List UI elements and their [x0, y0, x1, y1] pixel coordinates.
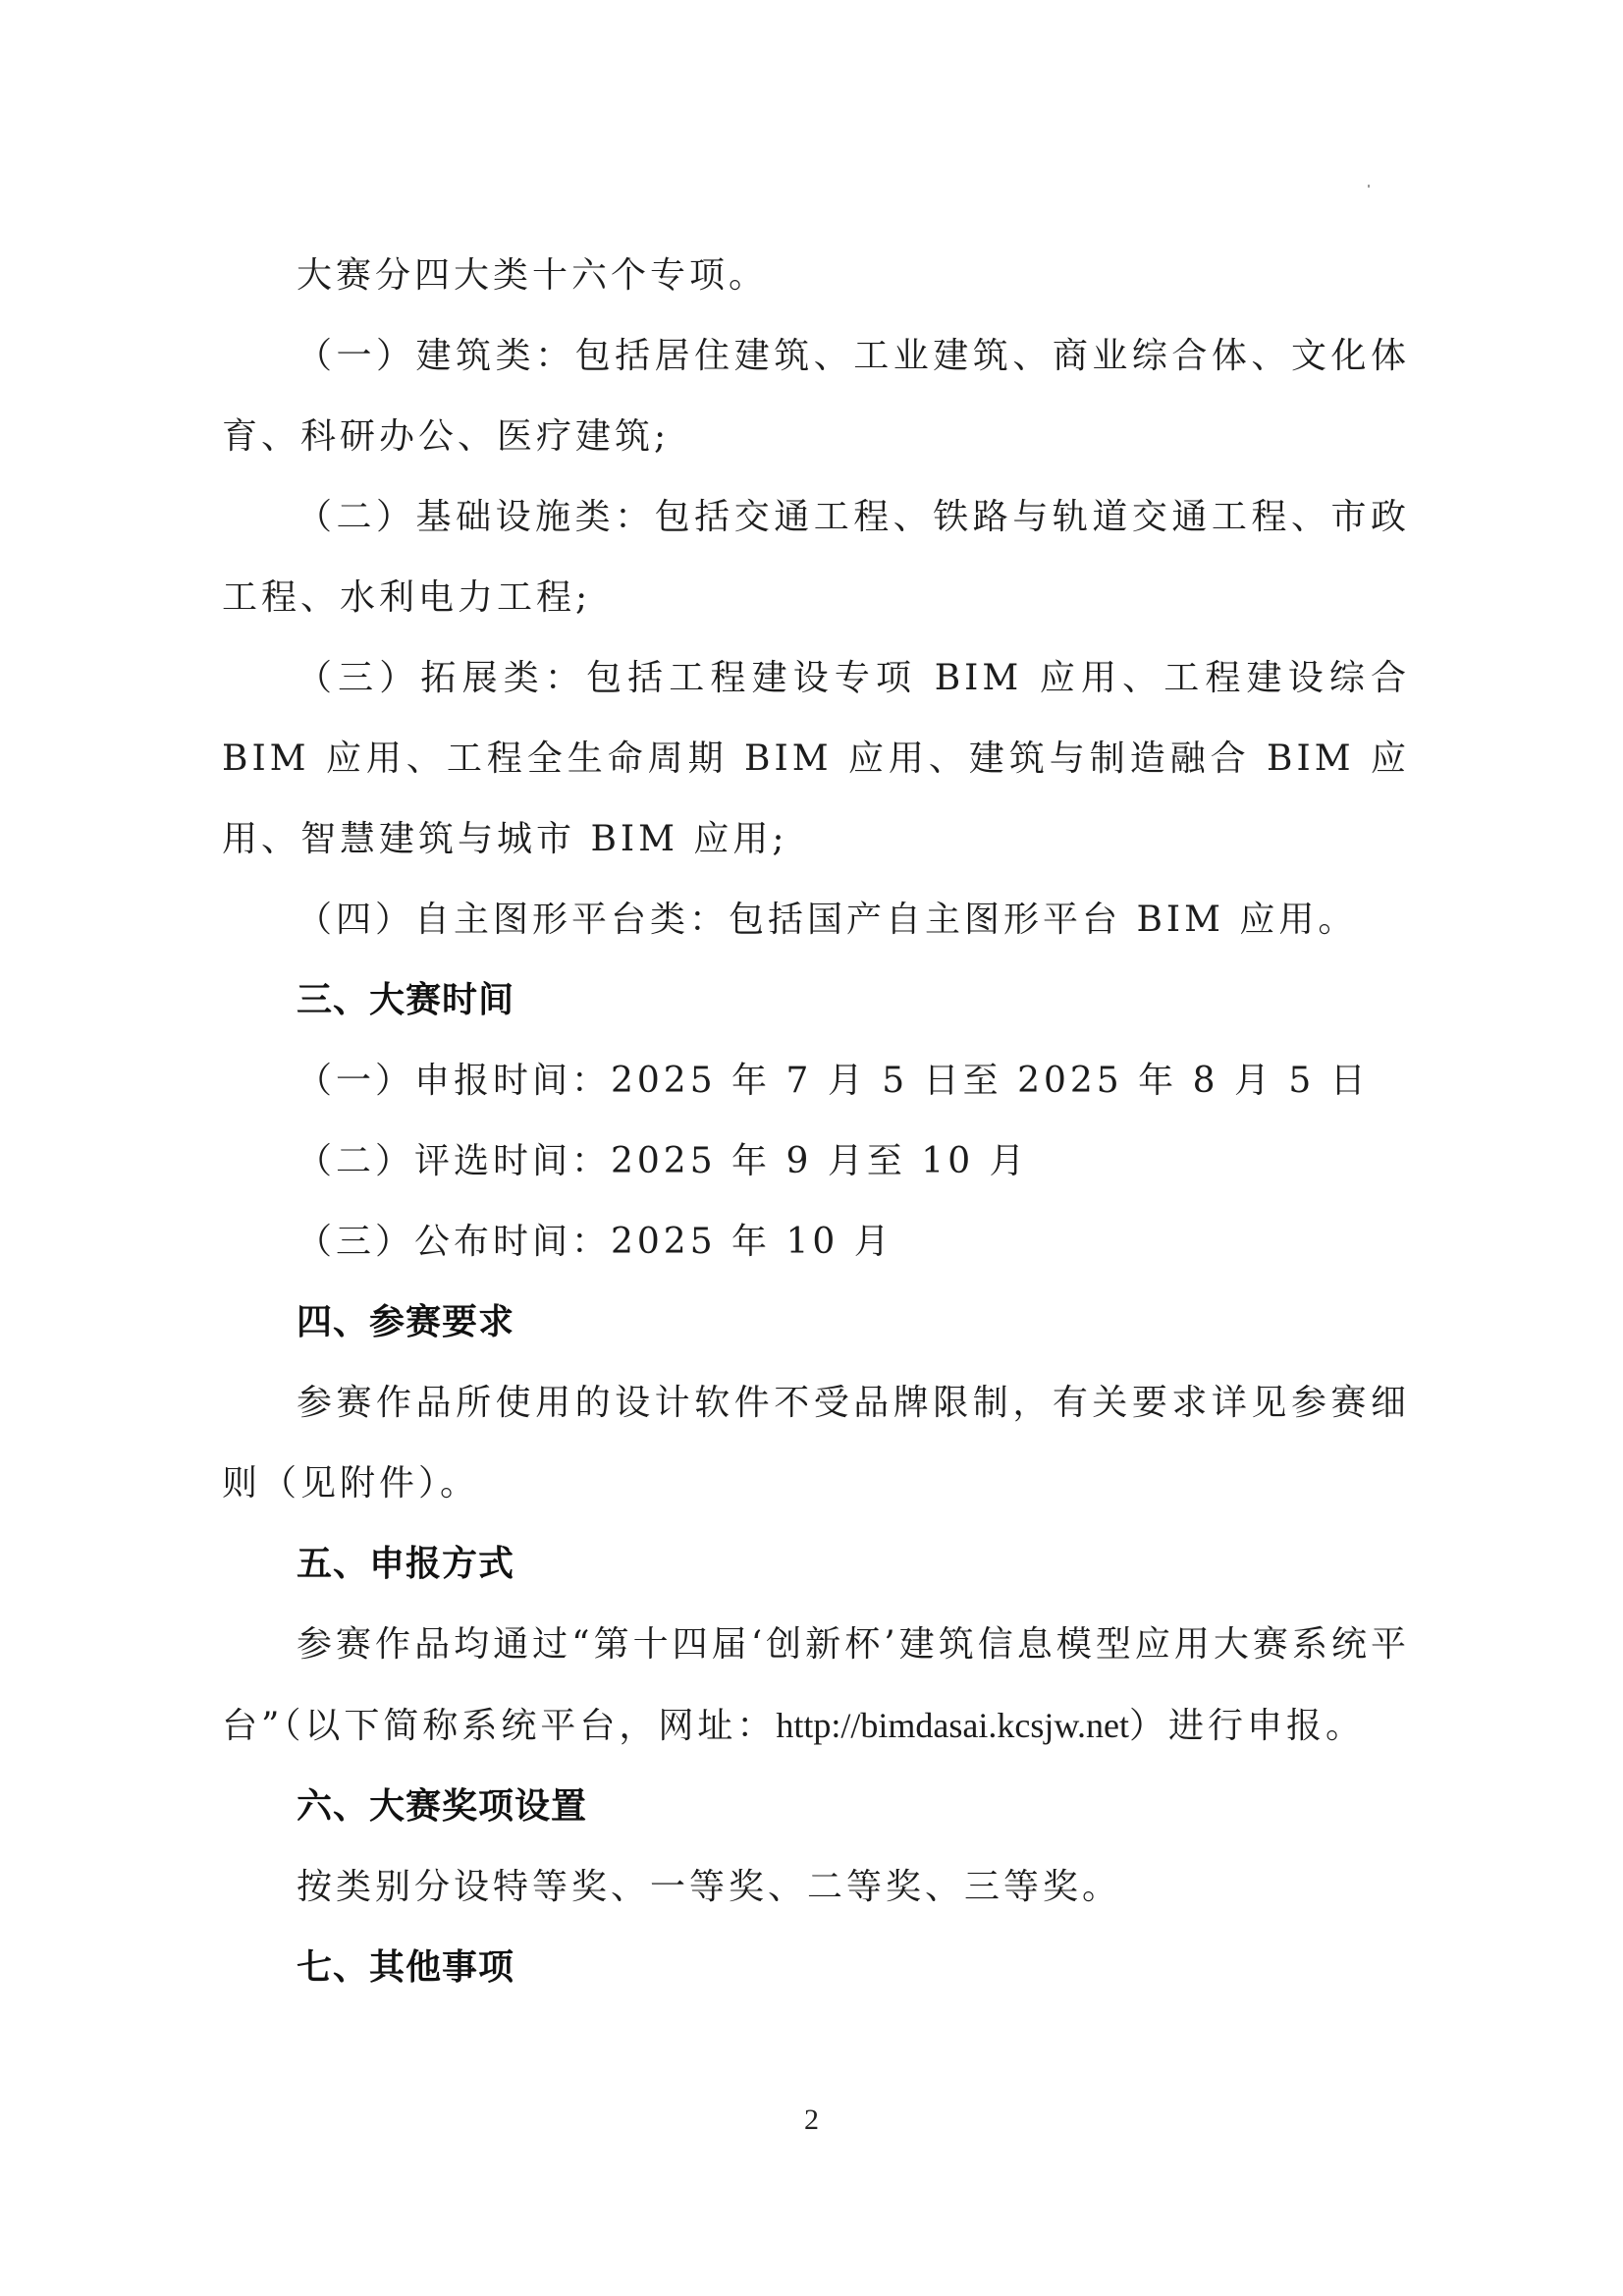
- section-heading-schedule: 三、大赛时间: [222, 960, 1410, 1041]
- page-number: 2: [0, 2104, 1623, 2137]
- category-building: （一）建筑类：包括居住建筑、工业建筑、商业综合体、文化体育、科研办公、医疗建筑;: [222, 316, 1410, 477]
- intro-paragraph: 大赛分四大类十六个专项。: [222, 236, 1410, 316]
- document-body: 大赛分四大类十六个专项。 （一）建筑类：包括居住建筑、工业建筑、商业综合体、文化…: [222, 236, 1410, 2008]
- document-page: 大赛分四大类十六个专项。 （一）建筑类：包括居住建筑、工业建筑、商业综合体、文化…: [0, 0, 1623, 2296]
- section-heading-submission: 五、申报方式: [222, 1524, 1410, 1605]
- awards-paragraph: 按类别分设特等奖、一等奖、二等奖、三等奖。: [222, 1847, 1410, 1928]
- category-graphics-platform: （四）自主图形平台类：包括国产自主图形平台 BIM 应用。: [222, 880, 1410, 960]
- section-heading-requirements: 四、参赛要求: [222, 1283, 1410, 1363]
- requirements-paragraph: 参赛作品所使用的设计软件不受品牌限制，有关要求详见参赛细则（见附件）。: [222, 1363, 1410, 1524]
- schedule-evaluation: （二）评选时间：2025 年 9 月至 10 月: [222, 1121, 1410, 1202]
- submission-paragraph: 参赛作品均通过“第十四届‘创新杯’建筑信息模型应用大赛系统平台”（以下简称系统平…: [222, 1605, 1410, 1767]
- submission-text-after: ）进行申报。: [1129, 1706, 1365, 1746]
- section-heading-other: 七、其他事项: [222, 1928, 1410, 2008]
- category-extension: （三）拓展类：包括工程建设专项 BIM 应用、工程建设综合 BIM 应用、工程全…: [222, 638, 1410, 880]
- schedule-application: （一）申报时间：2025 年 7 月 5 日至 2025 年 8 月 5 日: [222, 1041, 1410, 1121]
- schedule-announcement: （三）公布时间：2025 年 10 月: [222, 1202, 1410, 1283]
- section-heading-awards: 六、大赛奖项设置: [222, 1767, 1410, 1847]
- scan-artifact: [1368, 185, 1370, 188]
- category-infrastructure: （二）基础设施类：包括交通工程、铁路与轨道交通工程、市政工程、水利电力工程;: [222, 477, 1410, 638]
- platform-url[interactable]: http://bimdasai.kcsjw.net: [776, 1706, 1129, 1745]
